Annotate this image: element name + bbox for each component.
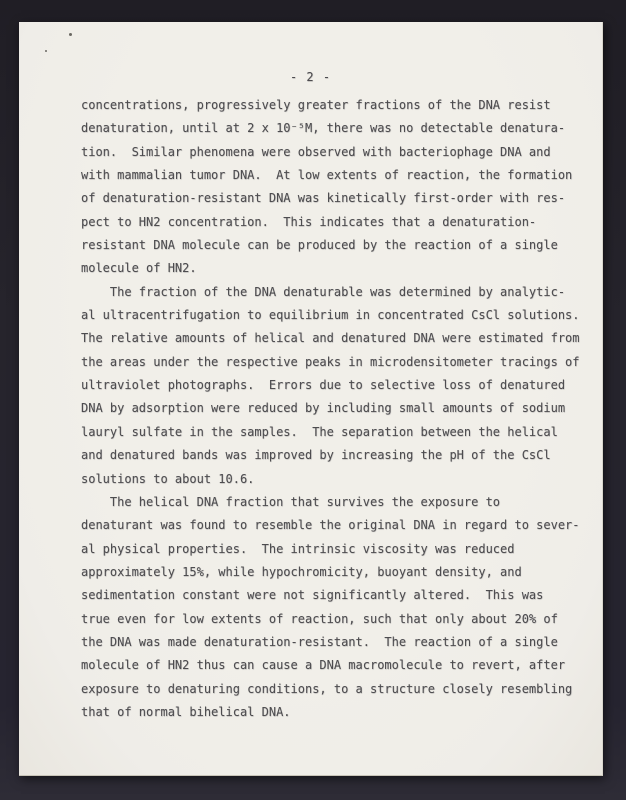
text-line: resistant DNA molecule can be produced b… — [81, 234, 586, 257]
text-line: molecule of HN2 thus can cause a DNA mac… — [81, 654, 586, 677]
text-line: tion. Similar phenomena were observed wi… — [81, 141, 586, 164]
text-line: The fraction of the DNA denaturable was … — [81, 281, 586, 304]
text-line: of denaturation-resistant DNA was kineti… — [81, 187, 586, 210]
text-line: the DNA was made denaturation-resistant.… — [81, 631, 586, 654]
text-line: lauryl sulfate in the samples. The separ… — [81, 421, 586, 444]
text-line: molecule of HN2. — [81, 257, 586, 280]
text-line: with mammalian tumor DNA. At low extents… — [81, 164, 586, 187]
text-line: true even for low extents of reaction, s… — [81, 608, 586, 631]
paper-speck — [45, 50, 47, 52]
paragraph: concentrations, progressively greater fr… — [81, 94, 586, 281]
paragraph: The helical DNA fraction that survives t… — [81, 491, 586, 724]
text-line: pect to HN2 concentration. This indicate… — [81, 211, 586, 234]
text-line: denaturant was found to resemble the ori… — [81, 514, 586, 537]
text-line: The helical DNA fraction that survives t… — [81, 491, 586, 514]
text-line: DNA by adsorption were reduced by includ… — [81, 397, 586, 420]
text-line: al ultracentrifugation to equilibrium in… — [81, 304, 586, 327]
text-line: approximately 15%, while hypochromicity,… — [81, 561, 586, 584]
paper-speck — [69, 33, 72, 36]
text-line: and denatured bands was improved by incr… — [81, 444, 586, 467]
text-line: al physical properties. The intrinsic vi… — [81, 538, 586, 561]
text-line: concentrations, progressively greater fr… — [81, 94, 586, 117]
paragraph: The fraction of the DNA denaturable was … — [81, 281, 586, 491]
page-number: - 2 - — [19, 70, 602, 84]
text-line: denaturation, until at 2 x 10⁻⁵M, there … — [81, 117, 586, 140]
document-page: - 2 - concentrations, progressively grea… — [19, 22, 603, 776]
text-line: exposure to denaturing conditions, to a … — [81, 678, 586, 701]
document-body: concentrations, progressively greater fr… — [81, 94, 586, 724]
text-line: sedimentation constant were not signific… — [81, 584, 586, 607]
text-line: that of normal bihelical DNA. — [81, 701, 586, 724]
text-line: ultraviolet photographs. Errors due to s… — [81, 374, 586, 397]
scan-background: - 2 - concentrations, progressively grea… — [0, 0, 626, 800]
text-line: solutions to about 10.6. — [81, 468, 586, 491]
text-line: The relative amounts of helical and dena… — [81, 327, 586, 350]
text-line: the areas under the respective peaks in … — [81, 351, 586, 374]
